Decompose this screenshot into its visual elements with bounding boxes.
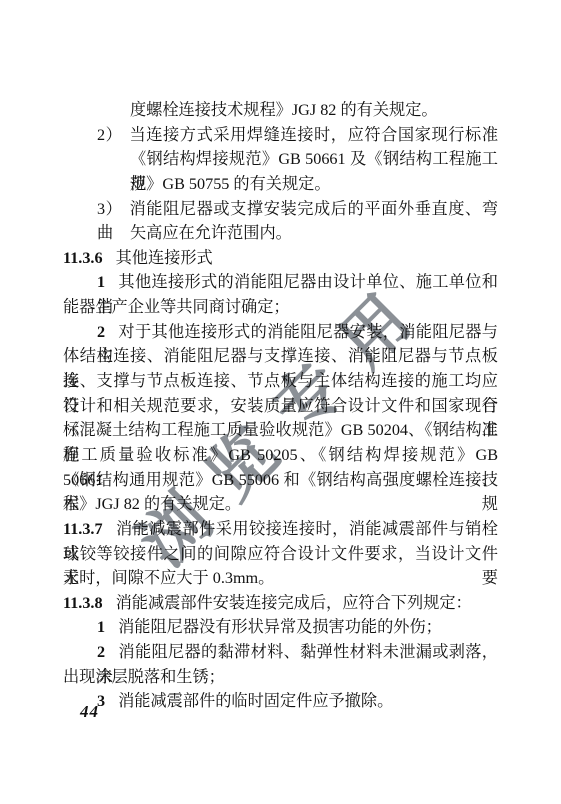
text-line: 矢高应在允许范围内。 — [63, 221, 498, 246]
text-line: 3）消能阻尼器或支撑安装完成后的平面外垂直度、弯曲 — [63, 197, 498, 222]
text-line: 11.3.8消能减震部件安装连接完成后，应符合下列规定： — [63, 591, 498, 616]
line-text: 求时，间隙不应大于 0.3mm。 — [63, 569, 274, 587]
item-number: 1 — [97, 273, 105, 291]
text-line: 度螺栓连接技术规程》JGJ 82 的有关规定。 — [63, 98, 498, 123]
text-line: 1其他连接形式的消能阻尼器由设计单位、施工单位和消 — [63, 270, 498, 295]
text-line: 能器生产企业等共同商讨确定； — [63, 295, 498, 320]
document-page: 浏览专用 度螺栓连接技术规程》JGJ 82 的有关规定。2）当连接方式采用焊缝连… — [0, 0, 561, 804]
item-number: 3） — [97, 200, 122, 218]
line-text: 能器生产企业等共同商讨确定； — [63, 298, 290, 316]
text-line: 1消能阻尼器没有形状异常及损害功能的外伤； — [63, 615, 498, 640]
line-text: 消能减震部件安装连接完成后，应符合下列规定： — [116, 594, 472, 612]
text-line: 11.3.7消能减震部件采用铰接连接时，消能减震部件与销栓或 — [63, 517, 498, 542]
line-text: 出现涂层脱落和生锈； — [63, 668, 225, 686]
text-line: 施工质量验收标准》GB 50205、《钢结构焊接规范》GB 50661、 — [63, 443, 498, 468]
item-number: 11.3.7 — [63, 520, 103, 538]
line-text: 消能减震部件的临时固定件应予撤除。 — [118, 692, 393, 710]
text-line: 体结构连接、消能阻尼器与支撑连接、消能阻尼器与节点板连 — [63, 344, 498, 369]
page-content: 度螺栓连接技术规程》JGJ 82 的有关规定。2）当连接方式采用焊缝连接时，应符… — [63, 98, 498, 714]
text-line: 《钢结构通用规范》GB 55006 和《钢结构高强度螺栓连接技术规 — [63, 468, 498, 493]
text-line: 2对于其他连接形式的消能阻尼器安装，消能阻尼器与主 — [63, 320, 498, 345]
text-line: 出现涂层脱落和生锈； — [63, 665, 498, 690]
item-number: 11.3.6 — [63, 249, 103, 267]
line-text: 范》GB 50755 的有关规定。 — [130, 175, 331, 193]
text-line: 范》GB 50755 的有关规定。 — [63, 172, 498, 197]
line-text: 其他连接形式 — [116, 249, 213, 267]
text-line: 接、支撑与节点板连接、节点板与主体结构连接的施工均应符合 — [63, 369, 498, 394]
text-line: 3消能减震部件的临时固定件应予撤除。 — [63, 689, 498, 714]
item-number: 11.3.8 — [63, 594, 103, 612]
text-line: 2）当连接方式采用焊缝连接时，应符合国家现行标准 — [63, 123, 498, 148]
item-number: 2 — [97, 643, 105, 661]
text-line: 《钢结构焊接规范》GB 50661 及《钢结构工程施工规 — [63, 147, 498, 172]
text-line: 设计和相关规范要求，安装质量应符合设计文件和国家现行标准 — [63, 394, 498, 419]
line-text: 度螺栓连接技术规程》JGJ 82 的有关规定。 — [130, 101, 438, 119]
item-number: 2 — [97, 323, 105, 341]
item-number: 1 — [97, 618, 105, 636]
text-line: 《混凝土结构工程施工质量验收规范》GB 50204、《钢结构工程 — [63, 418, 498, 443]
line-text: 消能阻尼器没有形状异常及损害功能的外伤； — [118, 618, 442, 636]
item-number: 2） — [97, 126, 122, 144]
text-line: 2消能阻尼器的黏滞材料、黏弹性材料未泄漏或剥落，未 — [63, 640, 498, 665]
text-line: 11.3.6其他连接形式 — [63, 246, 498, 271]
line-text: 程》JGJ 82 的有关规定。 — [63, 495, 241, 513]
text-lines: 度螺栓连接技术规程》JGJ 82 的有关规定。2）当连接方式采用焊缝连接时，应符… — [63, 98, 498, 714]
line-text: 当连接方式采用焊缝连接时，应符合国家现行标准 — [129, 126, 498, 144]
text-line: 球铰等铰接件之间的间隙应符合设计文件要求，当设计文件无要 — [63, 542, 498, 567]
line-text: 矢高应在允许范围内。 — [130, 224, 292, 242]
page-number: 44 — [80, 702, 99, 722]
